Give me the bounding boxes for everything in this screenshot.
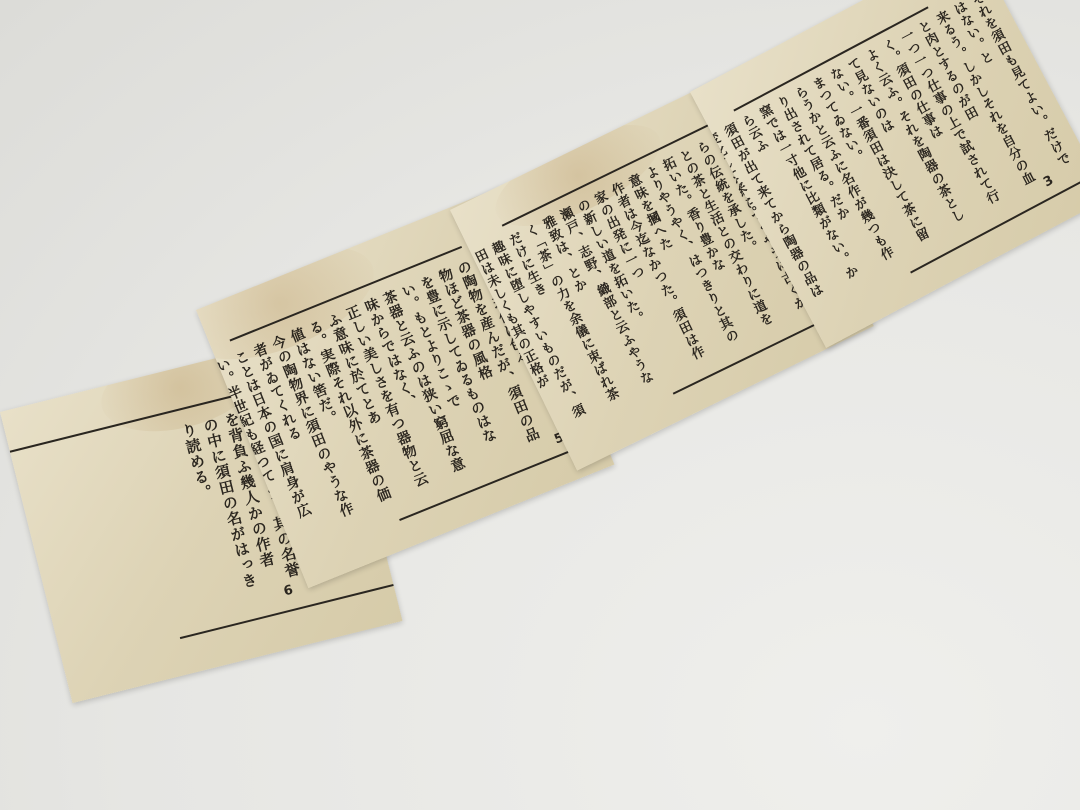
folded-pamphlet: 於て極めて優れた一時期だと云ふことが気附か れるであらう。其の名誉を背負ふ幾人か… xyxy=(0,0,1080,810)
